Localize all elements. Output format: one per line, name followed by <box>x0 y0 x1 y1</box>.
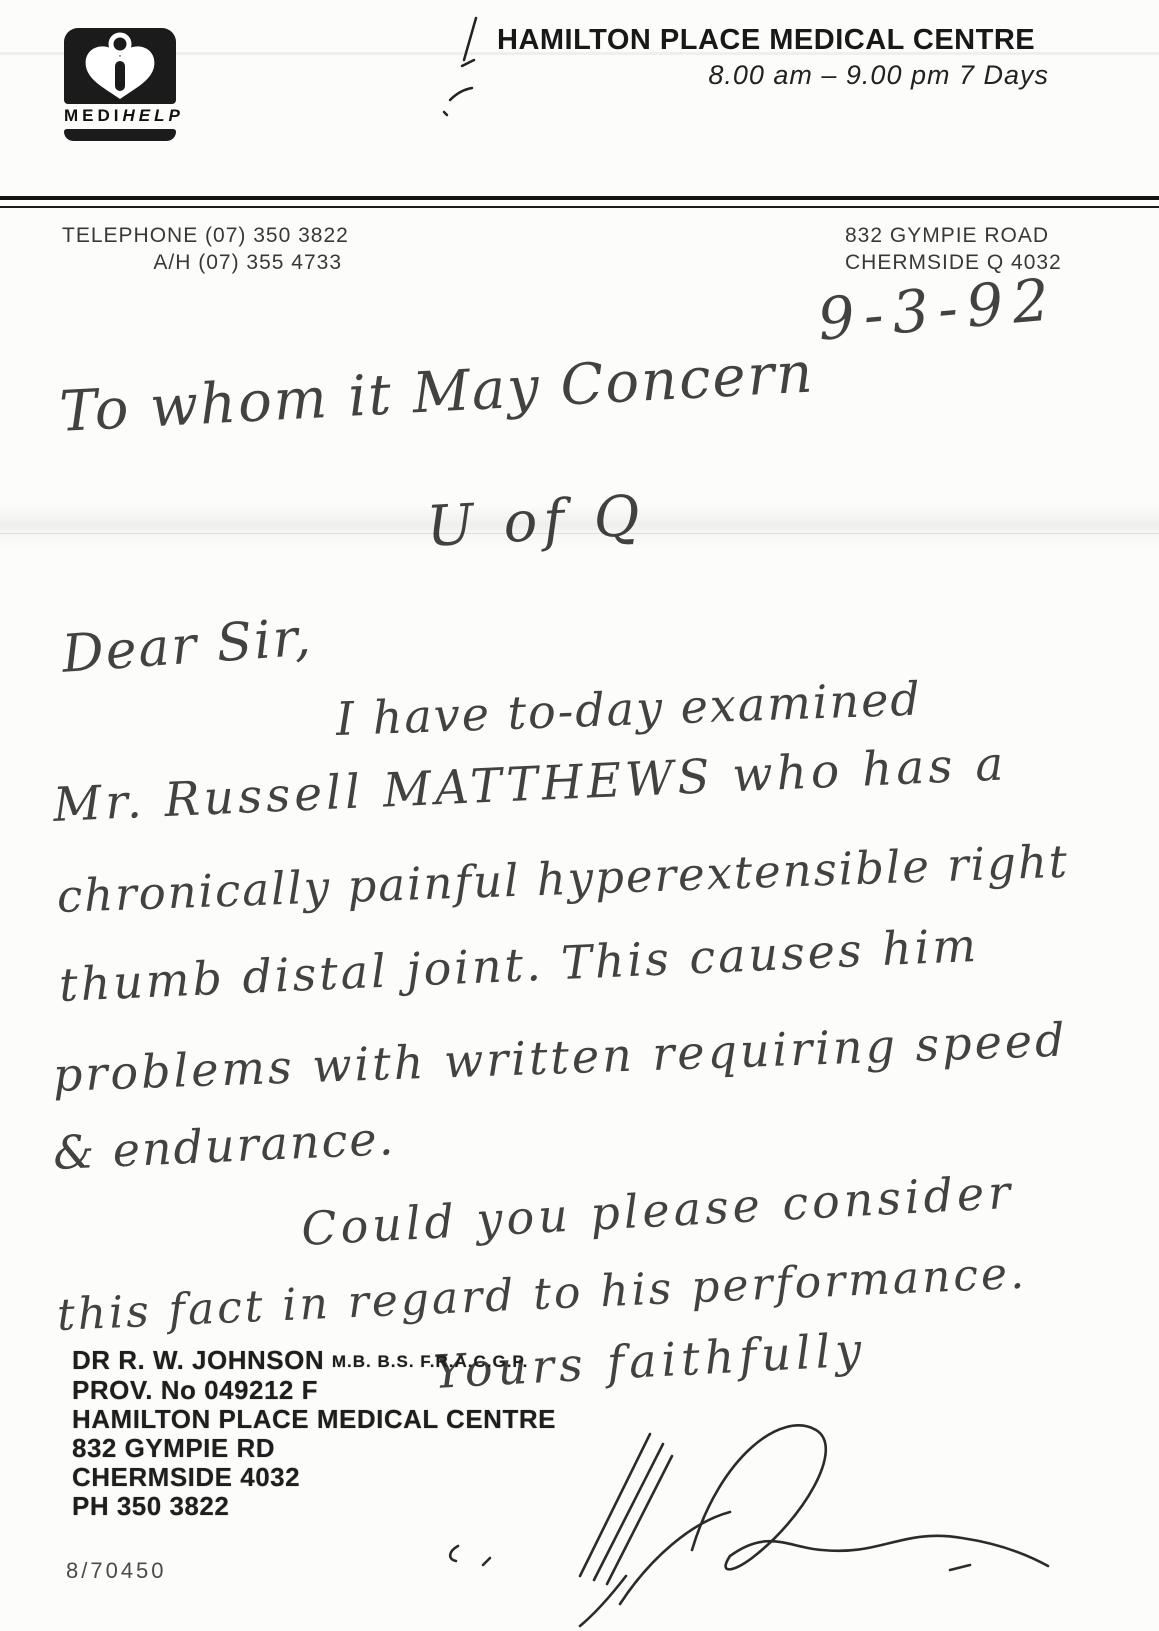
clinic-name: HAMILTON PLACE MEDICAL CENTRE <box>497 24 1057 57</box>
handwritten-line: problems with written requiring speed <box>52 1013 1068 1102</box>
medihelp-logo-icon <box>64 28 176 104</box>
address-line1: 832 GYMPIE ROAD <box>845 222 1105 249</box>
telephone-line1: TELEPHONE (07) 350 3822 <box>62 222 342 249</box>
medihelp-logo-text: MEDIHELP <box>64 106 176 126</box>
handwritten-line: & endurance. <box>52 1111 396 1180</box>
stamp-doctor-name: DR R. W. JOHNSON M.B. B.S. F.R.A.C.G.P. <box>72 1346 556 1376</box>
handwritten-line: thumb distal joint. This causes him <box>58 918 980 1012</box>
handwritten-line: Mr. Russell MATTHEWS who has a <box>52 736 1008 833</box>
handwritten-line: this fact in regard to his performance. <box>56 1248 1028 1341</box>
stamp-qualifications: M.B. B.S. F.R.A.C.G.P. <box>332 1352 528 1371</box>
handwritten-line: chronically painful hyperextensible righ… <box>56 835 1070 923</box>
medihelp-logo-underline <box>64 129 176 141</box>
doctor-stamp: DR R. W. JOHNSON M.B. B.S. F.R.A.C.G.P. … <box>72 1346 556 1521</box>
telephone-block: TELEPHONE (07) 350 3822 A/H (07) 355 473… <box>62 222 342 276</box>
address-block: 832 GYMPIE ROAD CHERMSIDE Q 4032 <box>845 222 1105 276</box>
letterhead-divider <box>0 196 1159 208</box>
stamp-practice-name: HAMILTON PLACE MEDICAL CENTRE <box>72 1405 556 1434</box>
stamp-provider-number: PROV. No 049212 F <box>72 1376 556 1405</box>
handwritten-greeting: Dear Sir, <box>60 608 314 685</box>
telephone-line2: A/H (07) 355 4733 <box>62 249 342 276</box>
handwritten-salutation: To whom it May Concern <box>58 340 816 444</box>
handwritten-date: 9-3-92 <box>815 265 1061 354</box>
medihelp-logo: MEDIHELP <box>64 28 176 141</box>
paper-crease <box>0 505 1159 551</box>
handwritten-line: Could you please consider <box>300 1165 1015 1256</box>
stamp-address-line2: CHERMSIDE 4032 <box>72 1463 556 1492</box>
form-number: 8/70450 <box>66 1558 167 1584</box>
stamp-phone: PH 350 3822 <box>72 1492 556 1521</box>
scanned-letter-page: MEDIHELP HAMILTON PLACE MEDICAL CENTRE 8… <box>0 0 1159 1631</box>
paper-crease-line <box>0 533 1159 534</box>
clinic-hours: 8.00 am – 9.00 pm 7 Days <box>497 60 1049 91</box>
stamp-address-line1: 832 GYMPIE RD <box>72 1434 556 1463</box>
handwritten-line: I have to-day examined <box>335 672 923 746</box>
